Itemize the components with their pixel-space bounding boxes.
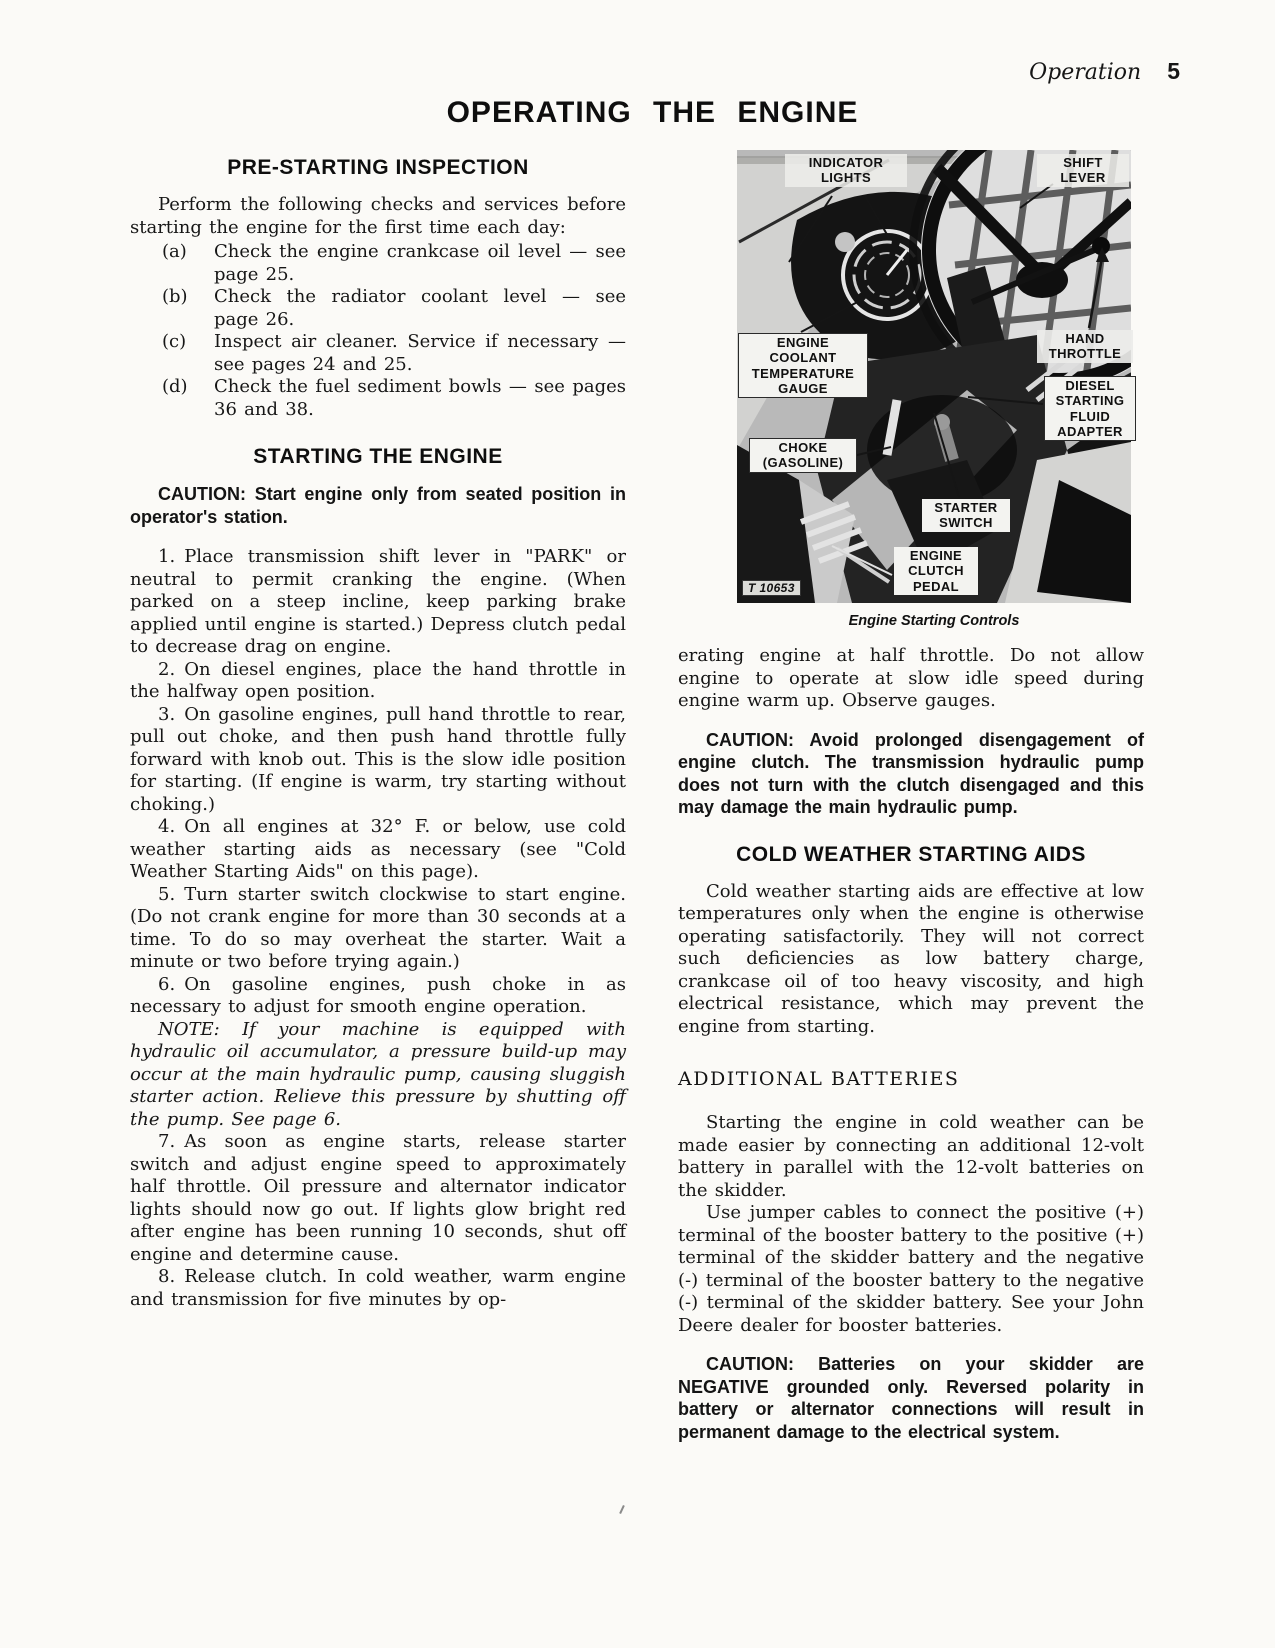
page-title: OPERATING THE ENGINE	[30, 96, 1275, 130]
right-column: INDICATOR LIGHTS SHIFT LEVER ENGINE COOL…	[678, 150, 1144, 1459]
caution-negative-ground: CAUTION: Batteries on your skidder are N…	[678, 1353, 1144, 1443]
photo-id: T 10653	[742, 580, 801, 596]
step-5: 5.Turn starter switch clockwise to start…	[130, 884, 626, 974]
check-item-label: (c)	[162, 331, 214, 376]
heading-cold-weather-starting-aids: COLD WEATHER STARTING AIDS	[678, 843, 1144, 867]
figure-label-choke-gasoline: CHOKE (GASOLINE)	[749, 438, 857, 473]
step-number: 8.	[158, 1266, 184, 1287]
figure-label-hand-throttle: HAND THROTTLE	[1037, 330, 1133, 363]
cold-weather-paragraph: Cold weather starting aids are effective…	[678, 881, 1144, 1039]
step-text: As soon as engine starts, release starte…	[130, 1131, 626, 1265]
check-item-label: (d)	[162, 376, 214, 421]
step-4: 4.On all engines at 32° F. or below, use…	[130, 816, 626, 884]
check-item: (a) Check the engine crankcase oil level…	[130, 241, 626, 286]
step-text: On all engines at 32° F. or below, use c…	[130, 816, 626, 882]
page-number: 5	[1167, 58, 1180, 84]
heading-pre-starting-inspection: PRE-STARTING INSPECTION	[130, 156, 626, 180]
left-column: PRE-STARTING INSPECTION Perform the foll…	[130, 150, 626, 1311]
note-hydraulic-accumulator: NOTE: If your machine is equipped with h…	[130, 1019, 626, 1132]
additional-batteries-paragraph-2: Use jumper cables to connect the positiv…	[678, 1202, 1144, 1337]
heading-additional-batteries: ADDITIONAL BATTERIES	[678, 1068, 1144, 1090]
caution-seated-position: CAUTION: Start engine only from seated p…	[130, 483, 626, 528]
manual-page: Operation5 OPERATING THE ENGINE PRE-STAR…	[0, 0, 1275, 1648]
figure-caption: Engine Starting Controls	[737, 613, 1131, 629]
figure-label-indicator-lights: INDICATOR LIGHTS	[785, 154, 907, 187]
additional-batteries-paragraph-1: Starting the engine in cold weather can …	[678, 1112, 1144, 1202]
step-6: 6.On gasoline engines, push choke in as …	[130, 974, 626, 1019]
step-1: 1.Place transmission shift lever in "PAR…	[130, 546, 626, 659]
section-name: Operation	[1029, 60, 1141, 85]
check-item-text: Check the fuel sediment bowls — see page…	[214, 376, 626, 421]
step-2: 2.On diesel engines, place the hand thro…	[130, 659, 626, 704]
step-text: Release clutch. In cold weather, warm en…	[130, 1266, 626, 1310]
continuation-paragraph: erating engine at half throttle. Do not …	[678, 645, 1144, 713]
figure-label-engine-coolant-temperature-gauge: ENGINE COOLANT TEMPERATURE GAUGE	[738, 333, 868, 398]
step-8: 8.Release clutch. In cold weather, warm …	[130, 1266, 626, 1311]
check-item-text: Check the radiator coolant level — see p…	[214, 286, 626, 331]
check-item: (c) Inspect air cleaner. Service if nece…	[130, 331, 626, 376]
step-number: 2.	[158, 659, 184, 680]
check-item-label: (b)	[162, 286, 214, 331]
step-number: 5.	[158, 884, 184, 905]
step-text: On diesel engines, place the hand thrott…	[130, 659, 626, 703]
step-text: On gasoline engines, push choke in as ne…	[130, 974, 626, 1018]
pre-starting-checklist: (a) Check the engine crankcase oil level…	[130, 241, 626, 421]
step-number: 7.	[158, 1131, 184, 1152]
heading-starting-the-engine: STARTING THE ENGINE	[130, 445, 626, 469]
figure-label-diesel-starting-fluid-adapter: DIESEL STARTING FLUID ADAPTER	[1044, 376, 1136, 441]
check-item-text: Inspect air cleaner. Service if necessar…	[214, 331, 626, 376]
step-number: 6.	[158, 974, 184, 995]
step-7: 7.As soon as engine starts, release star…	[130, 1131, 626, 1266]
figure-label-starter-switch: STARTER SWITCH	[922, 499, 1010, 532]
check-item: (b) Check the radiator coolant level — s…	[130, 286, 626, 331]
running-header: Operation5	[1029, 58, 1180, 85]
step-number: 3.	[158, 704, 184, 725]
step-3: 3.On gasoline engines, pull hand throttl…	[130, 704, 626, 817]
caution-clutch-disengagement: CAUTION: Avoid prolonged disengagement o…	[678, 729, 1144, 819]
pre-starting-intro: Perform the following checks and service…	[130, 194, 626, 239]
check-item: (d) Check the fuel sediment bowls — see …	[130, 376, 626, 421]
step-number: 1.	[158, 546, 184, 567]
scan-artifact	[619, 1505, 625, 1514]
check-item-label: (a)	[162, 241, 214, 286]
step-text: Turn starter switch clockwise to start e…	[130, 884, 626, 973]
step-text: Place transmission shift lever in "PARK"…	[130, 546, 626, 657]
figure-label-engine-clutch-pedal: ENGINE CLUTCH PEDAL	[894, 547, 978, 595]
step-text: On gasoline engines, pull hand throttle …	[130, 704, 626, 815]
check-item-text: Check the engine crankcase oil level — s…	[214, 241, 626, 286]
step-number: 4.	[158, 816, 184, 837]
figure-label-shift-lever: SHIFT LEVER	[1037, 154, 1129, 187]
engine-starting-controls-photo: INDICATOR LIGHTS SHIFT LEVER ENGINE COOL…	[737, 150, 1131, 603]
